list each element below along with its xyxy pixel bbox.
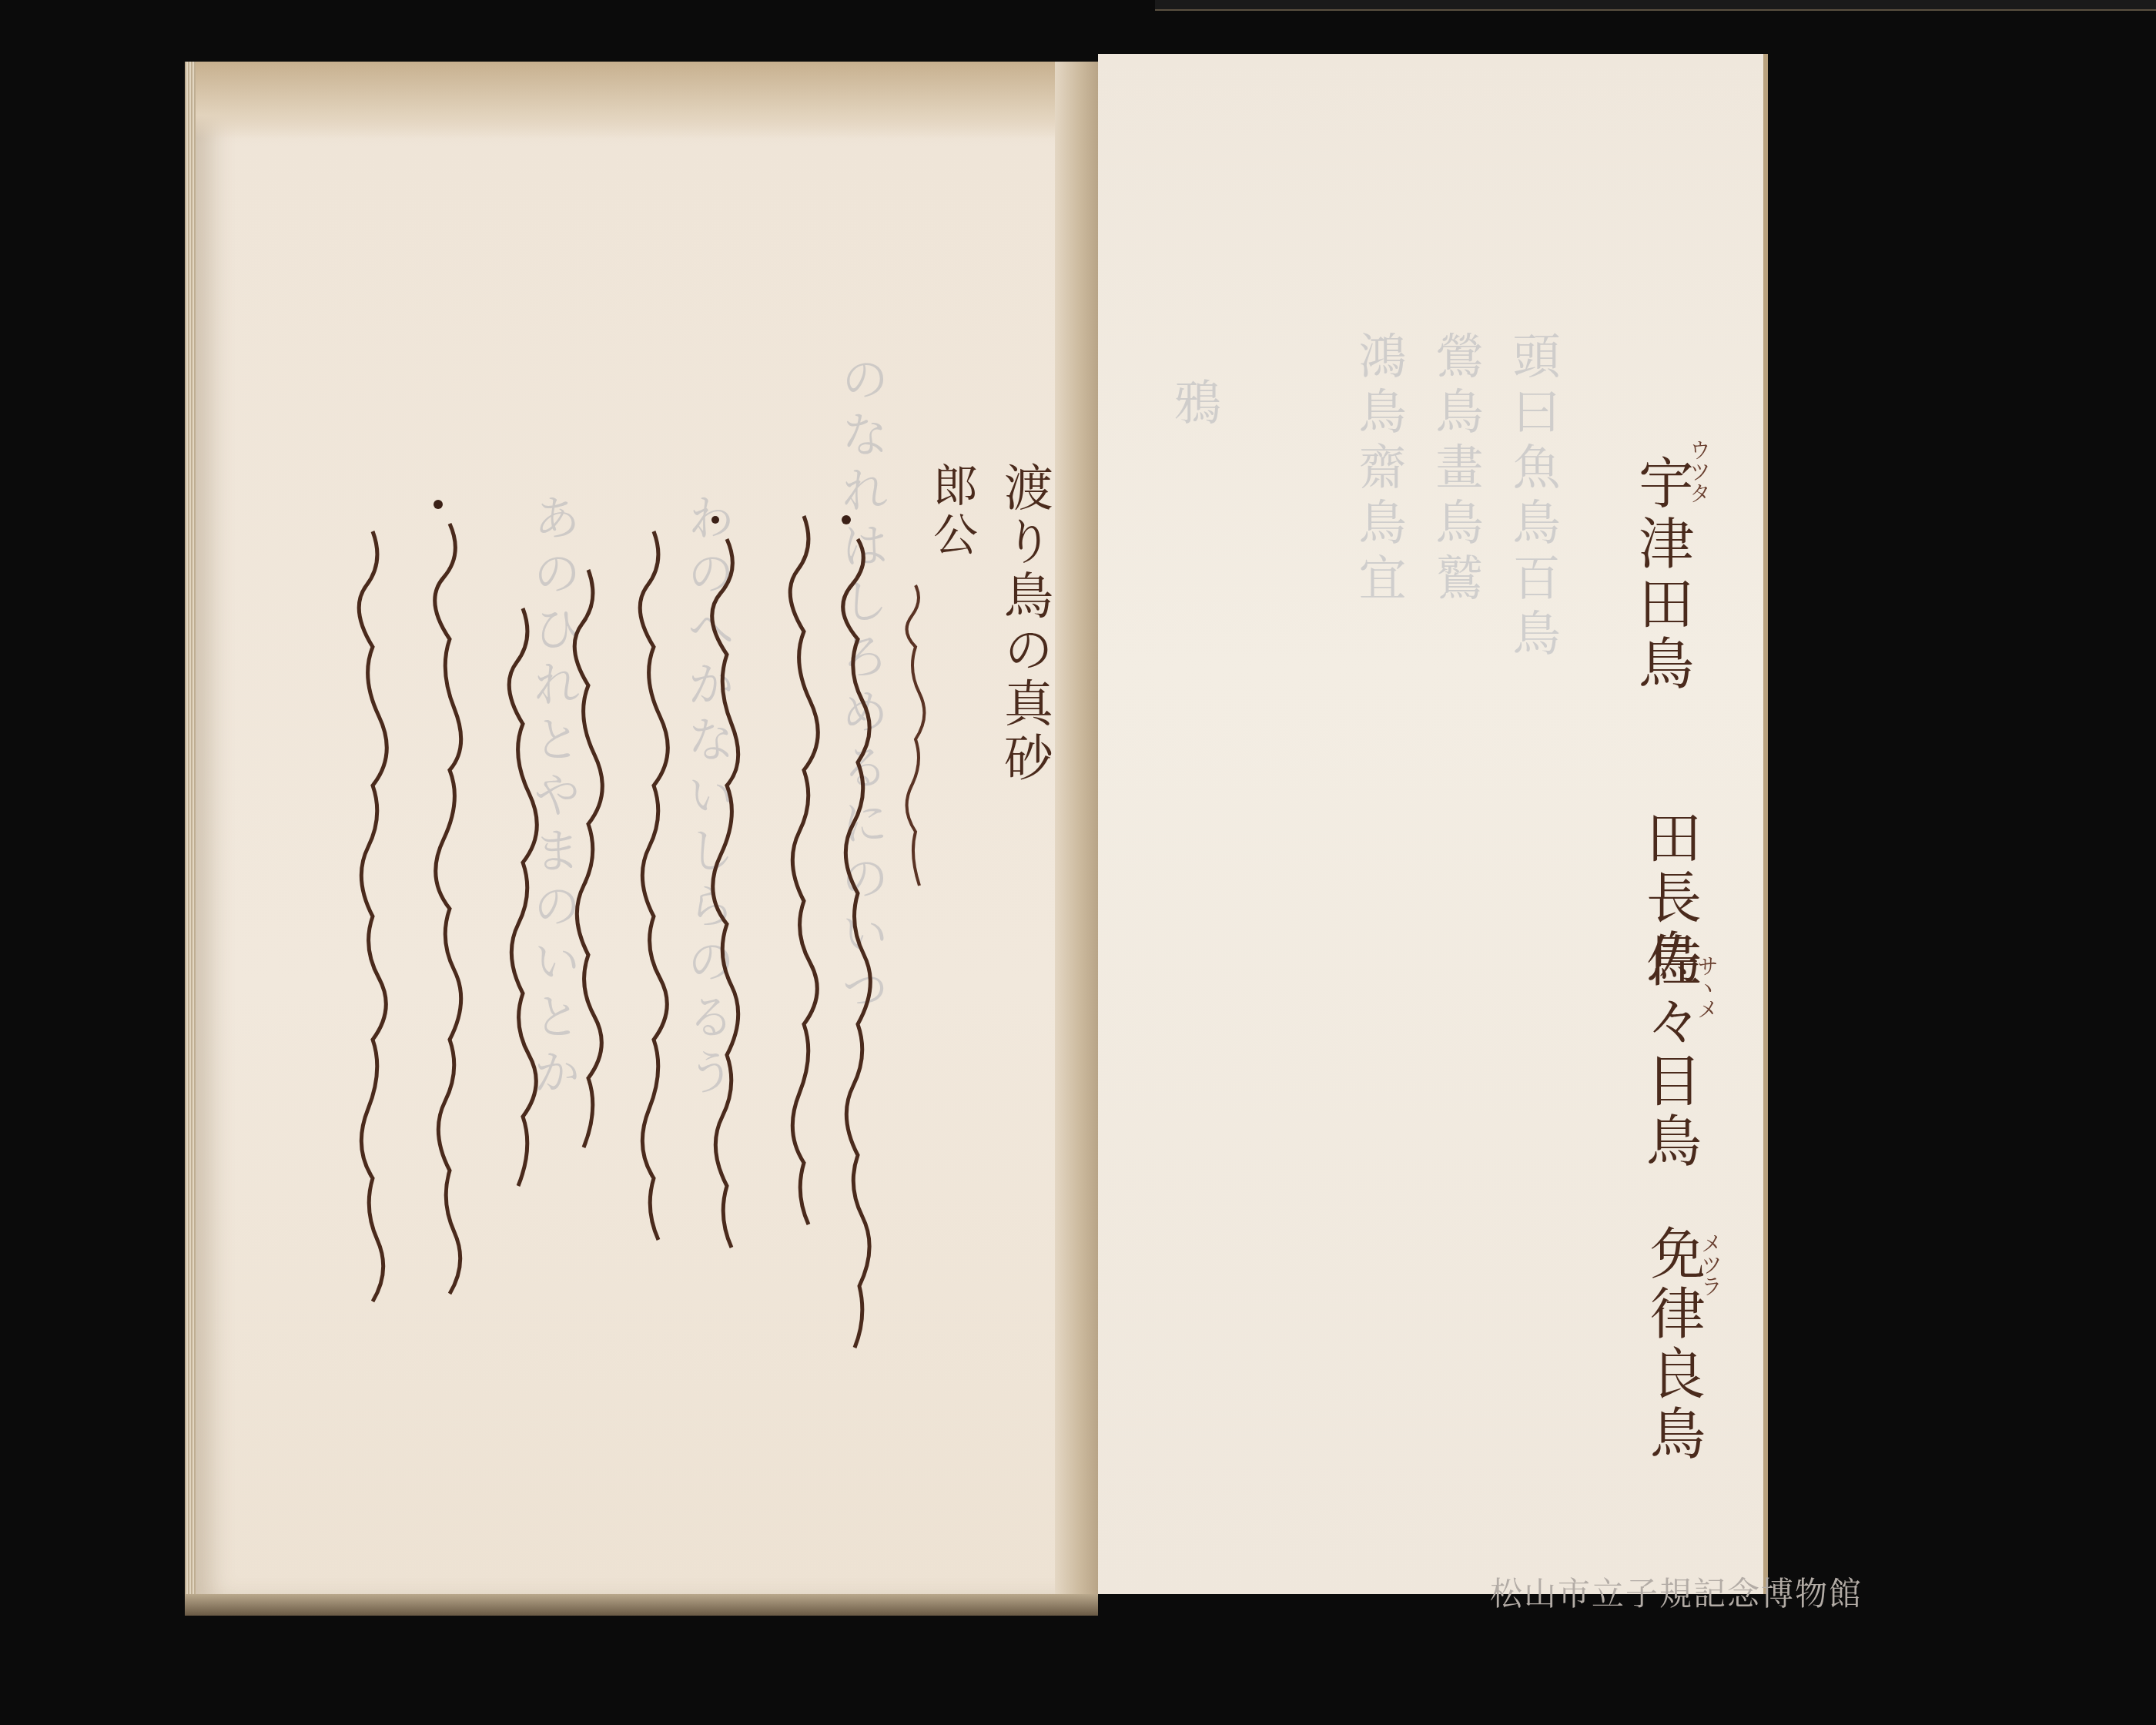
open-book: のなれはしろめるにのいつ わのへかないしらのるう あのひれとやまのいとか 渡り鳥… [185,54,1802,1656]
cursive-column [565,562,611,1371]
bleed-through-text: 頭曰魚鳥百鳥 [1498,331,1567,1332]
cursive-column [704,508,750,1394]
cursive-column [350,524,396,1425]
bleed-through-text: 鴻鳥齋鳥宜 [1344,331,1413,1332]
bleed-through-text: 鶯鳥畫鳥鷲 [1421,331,1490,1332]
right-column-2: 田長鳥 [1629,593,1709,989]
page-edge-stain [196,62,1096,139]
reading-ruby-1: ウツタ [1683,439,1714,504]
cursive-column [427,493,473,1402]
cursive-column [500,601,546,1371]
cursive-annotation [892,578,939,901]
cursive-column [835,508,881,1355]
right-page: 頭曰魚鳥百鳥 鶯鳥畫鳥鷲 鴻鳥齋鳥宜 鴉 宇津田鳥 ウツタ 田長鳥 佐々目鳥 サ… [1098,54,1768,1594]
left-heading: 渡り鳥の真砂 [989,462,1060,785]
book-spine-gutter [1055,62,1098,1609]
reading-ruby-4: メツラ [1695,1232,1726,1297]
background-strip [1155,0,2156,11]
left-subheading: 郎公 [919,462,984,561]
museum-watermark: 松山市立子規記念博物館 [1490,1569,1863,1615]
cursive-column [631,524,677,1386]
reading-ruby-3: サヽメ [1691,955,1722,1020]
bleed-through-text: 鴉 [1160,377,1228,608]
cursive-column [781,508,827,1355]
left-page: のなれはしろめるにのいつ わのへかないしらのるう あのひれとやまのいとか 渡り鳥… [185,62,1096,1602]
book-bottom-edge [185,1594,1098,1616]
